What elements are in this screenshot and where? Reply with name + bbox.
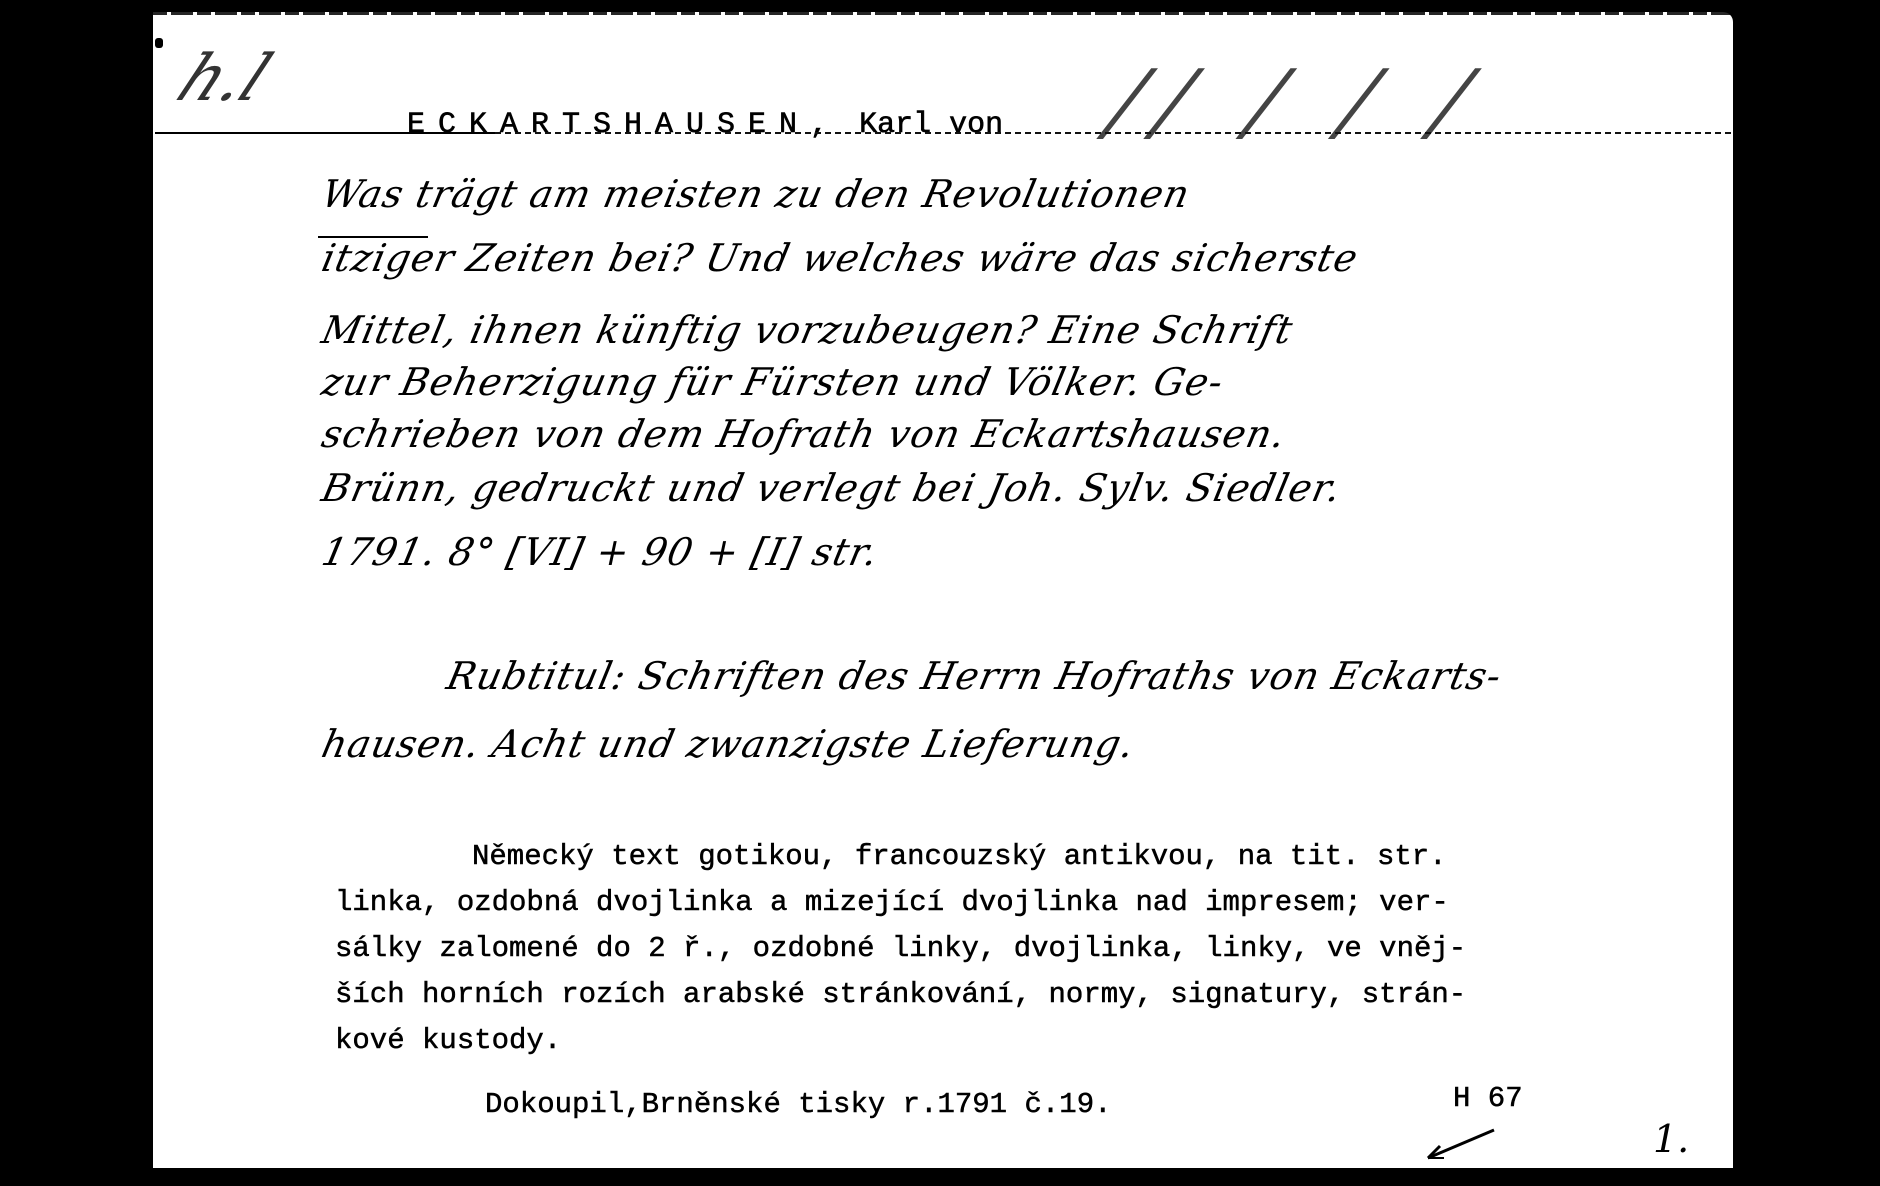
handwritten-subtitle-line: hausen. Acht und zwanzigste Lieferung. bbox=[318, 722, 1139, 766]
catalog-card: h.l ECKARTSHAUSEN, Karl von // / / / Was… bbox=[153, 12, 1733, 1168]
heading-given-name: Karl von bbox=[859, 108, 1003, 142]
typed-note-line: sálky zalomené do 2 ř., ozdobné linky, d… bbox=[335, 932, 1466, 965]
typed-note-line: kové kustody. bbox=[335, 1024, 561, 1057]
handwritten-line: schrieben von dem Hofrath von Eckartshau… bbox=[318, 412, 1290, 456]
pencil-strokes: // / / / bbox=[1100, 52, 1498, 152]
initials-mark: h.l bbox=[166, 42, 283, 116]
handwritten-subtitle-line: Rubtitul: Schriften des Herrn Hofraths v… bbox=[443, 654, 1506, 698]
card-top-edge bbox=[153, 12, 1733, 15]
shelfmark: H 67 bbox=[1453, 1082, 1523, 1115]
handwritten-line: itziger Zeiten bei? Und welches wäre das… bbox=[318, 236, 1362, 280]
typed-note-line: linka, ozdobná dvojlinka a mizející dvoj… bbox=[335, 886, 1449, 919]
heading-divider-solid bbox=[155, 132, 495, 134]
sheet-number: 1. bbox=[1653, 1117, 1689, 1161]
typed-note-line: Německý text gotikou, francouzský antikv… bbox=[472, 840, 1447, 873]
card-heading: ECKARTSHAUSEN, Karl von bbox=[335, 74, 1003, 176]
bibliographic-reference: Dokoupil,Brněnské tisky r.1791 č.19. bbox=[485, 1088, 1112, 1121]
handwritten-line: Was trägt am meisten zu den Revolutionen bbox=[318, 172, 1194, 216]
arrow-icon bbox=[1418, 1124, 1498, 1164]
punch-mark bbox=[155, 38, 163, 48]
handwritten-line: zur Beherzigung für Fürsten und Völker. … bbox=[318, 360, 1228, 404]
handwritten-line: 1791. 8° [VI] + 90 + [I] str. bbox=[318, 530, 883, 574]
handwritten-line: Brünn, gedruckt und verlegt bei Joh. Syl… bbox=[318, 466, 1346, 510]
handwritten-line: Mittel, ihnen künftig vorzubeugen? Eine … bbox=[318, 308, 1297, 352]
typed-note-line: ších horních rozích arabské stránkování,… bbox=[335, 978, 1466, 1011]
heading-surname: ECKARTSHAUSEN, bbox=[407, 108, 841, 142]
